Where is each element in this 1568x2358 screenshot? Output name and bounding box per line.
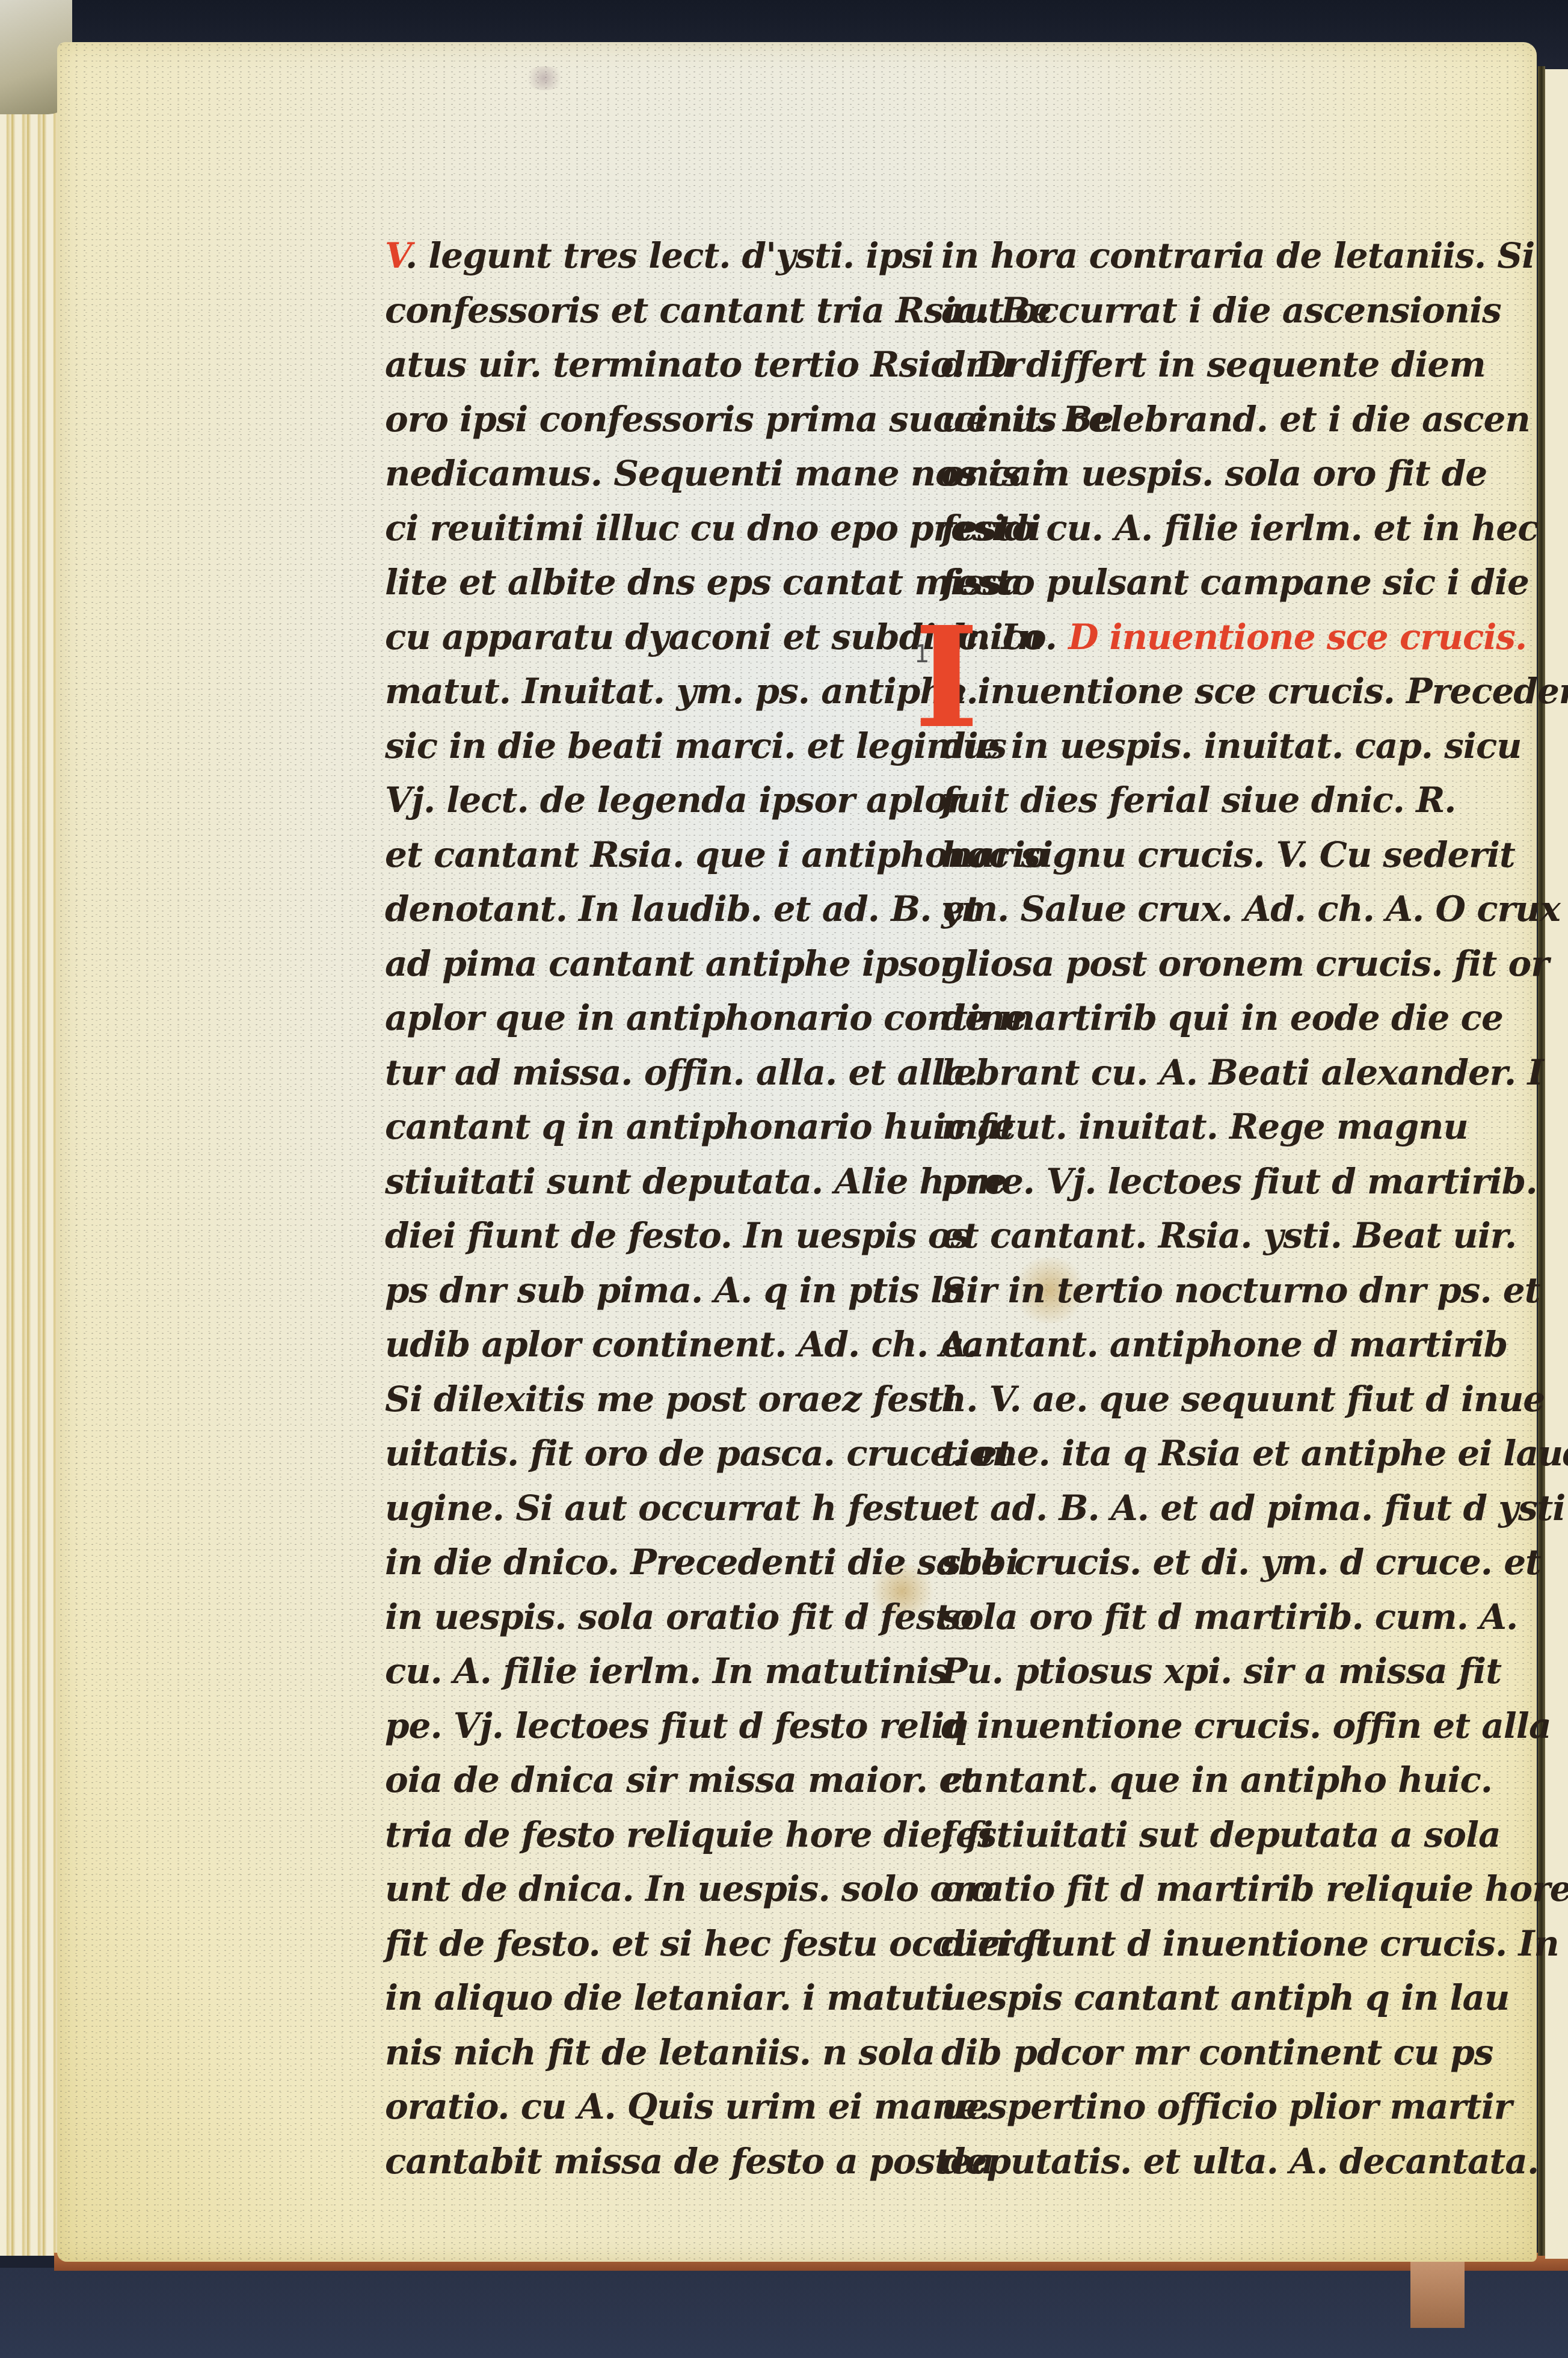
margin-numeral: 1: [914, 641, 929, 668]
text-line: Si dilexitis me post oraez festi: [385, 1372, 878, 1427]
text-line: dib pdcor mr continent cu ps: [941, 2025, 1440, 2080]
text-line: oro ipsi confessoris prima succinit. Be: [385, 392, 878, 447]
text-line: et cantant. Rsia. ysti. Beat uir.: [941, 1208, 1440, 1263]
text-line: oratio fit d martirib reliquie hore: [941, 1862, 1440, 1916]
text-line: diei fiunt de festo. In uespis os: [385, 1208, 878, 1263]
text-line: die in uespis. inuitat. cap. sicu: [941, 719, 1440, 774]
text-line: uespis cantant antiph q in lau: [941, 1971, 1440, 2025]
text-line: h. V. ae. que sequunt fiut d inue: [941, 1372, 1440, 1427]
text-line: hoc signu crucis. V. Cu sederit: [941, 828, 1440, 882]
text-line: Pu. ptiosus xpi. sir a missa fit: [941, 1644, 1440, 1699]
text-line: ps dnr sub pima. A. q in ptis la: [385, 1263, 878, 1318]
text-line: aut occurrat i die ascensionis: [941, 283, 1440, 338]
text-line: tur ad missa. offin. alla. et alla.: [385, 1045, 878, 1100]
right-text-column: in hora contraria de letaniis. Siaut occ…: [941, 229, 1440, 2188]
text-line: dnu differt in sequente diem: [941, 337, 1440, 392]
text-line: in hora contraria de letaniis. Si: [941, 229, 1440, 283]
text-line: in aliquo die letaniar. i matuti: [385, 1971, 878, 2025]
text-line: nedicamus. Sequenti mane nos can: [385, 446, 878, 501]
text-line: dnico. D inuentione sce crucis.: [941, 610, 1440, 665]
text-line: uitatis. fit oro de pasca. cruce. et: [385, 1426, 878, 1481]
text-line: sce crucis. et di. ym. d cruce. et: [941, 1535, 1440, 1590]
text-line: et cantant Rsia. que i antiphonario: [385, 828, 878, 882]
text-line: fit de festo. et si hec festu occurrat: [385, 1916, 878, 1971]
left-text-column: V. legunt tres lect. d'ysti. ipsiconfess…: [385, 229, 878, 2188]
text-line: Vj. lect. de legenda ipsor aplor: [385, 773, 878, 828]
text-line: uenus celebrand. et i die ascen: [941, 392, 1440, 447]
text-line: pe. Vj. lectoes fiut d festo reliq: [385, 1699, 878, 1753]
text-line: atus uir. terminato tertio Rsio. Dr: [385, 337, 878, 392]
text-line: udib aplor continent. Ad. ch. A.: [385, 1317, 878, 1372]
text-line: cantant. que in antipho huic.: [941, 1753, 1440, 1808]
text-line: festo cu. A. filie ierlm. et in hec: [941, 501, 1440, 556]
text-line: pme. Vj. lectoes fiut d martirib.: [941, 1154, 1440, 1209]
text-line: gliosa post oronem crucis. fit or: [941, 937, 1440, 991]
text-line: tria de festo reliquie hore diei fi: [385, 1808, 878, 1862]
text-line: tione. ita q Rsia et antiphe ei laud: [941, 1426, 1440, 1481]
text-line: lite et albite dns eps cantat missa: [385, 555, 878, 610]
text-line: aplor que in antiphonario contine: [385, 991, 878, 1045]
text-line: cu. A. filie ierlm. In matutinis: [385, 1644, 878, 1699]
text-line: et ad. B. A. et ad pima. fiut d ysti.: [941, 1481, 1440, 1536]
text-line: deputatis. et ulta. A. decantata.: [941, 2134, 1440, 2189]
previous-leaves-edge: [0, 24, 66, 2256]
text-line: nis nich fit de letaniis. n sola: [385, 2025, 878, 2080]
text-line: Sir in tertio nocturno dnr ps. et: [941, 1263, 1440, 1318]
rubricated-initial: V: [385, 235, 405, 276]
text-line: sola oro fit d martirib. cum. A.: [941, 1590, 1440, 1645]
text-line: oia de dnica sir missa maior. et: [385, 1753, 878, 1808]
text-line: matut. inuitat. Rege magnu: [941, 1100, 1440, 1154]
text-line: in die dnico. Precedenti die sabbi: [385, 1535, 878, 1590]
text-line: n inuentione sce crucis. Precedenti: [941, 664, 1440, 719]
text-line: in uespis. sola oratio fit d festo: [385, 1590, 878, 1645]
text-line: de martirib qui in eode die ce: [941, 991, 1440, 1045]
text-line: ugine. Si aut occurrat h festu: [385, 1481, 878, 1536]
text-line: V. legunt tres lect. d'ysti. ipsi: [385, 229, 878, 283]
text-line: cantant q in antiphonario huic fe: [385, 1100, 878, 1154]
text-line: lebrant cu. A. Beati alexander. I: [941, 1045, 1440, 1100]
text-line: festiuitati sut deputata a sola: [941, 1808, 1440, 1862]
text-line: ci reuitimi illuc cu dno epo presidi: [385, 501, 878, 556]
text-line: diei fiunt d inuentione crucis. In: [941, 1916, 1440, 1971]
text-line: ym. Salue crux. Ad. ch. A. O crux: [941, 882, 1440, 937]
text-line: festo pulsant campane sic i die: [941, 555, 1440, 610]
text-line: cantant. antiphone d martirib: [941, 1317, 1440, 1372]
text-line: uespertino officio plior martir: [941, 2079, 1440, 2134]
text-line: confessoris et cantant tria Rsia. Be: [385, 283, 878, 338]
text-line: d inuentione crucis. offin et alla: [941, 1699, 1440, 1753]
text-line: unt de dnica. In uespis. solo oro: [385, 1862, 878, 1916]
binding-tab: [1410, 2262, 1465, 2328]
text-line: matut. Inuitat. ym. ps. antiphe.: [385, 664, 878, 719]
text-line: oratio. cu A. Quis urim ei mane.: [385, 2079, 878, 2134]
text-line: cu apparatu dyaconi et subdiac. In: [385, 610, 878, 665]
text-line: fuit dies ferial siue dnic. R.: [941, 773, 1440, 828]
text-line: ad pima cantant antiphe ipsor: [385, 937, 878, 991]
text-line: denotant. In laudib. et ad. B. et: [385, 882, 878, 937]
text-line: cantabit missa de festo a postea: [385, 2134, 878, 2189]
rubric-heading: D inuentione sce crucis.: [1057, 617, 1526, 657]
decorated-initial: I: [914, 615, 956, 741]
text-line: stiuitati sunt deputata. Alie hore: [385, 1154, 878, 1209]
backdrop-bottom: [0, 2268, 1568, 2358]
faded-mark: [523, 66, 565, 90]
text-line: sic in die beati marci. et legimus: [385, 719, 878, 774]
text-line: onis in uespis. sola oro fit de: [941, 446, 1440, 501]
